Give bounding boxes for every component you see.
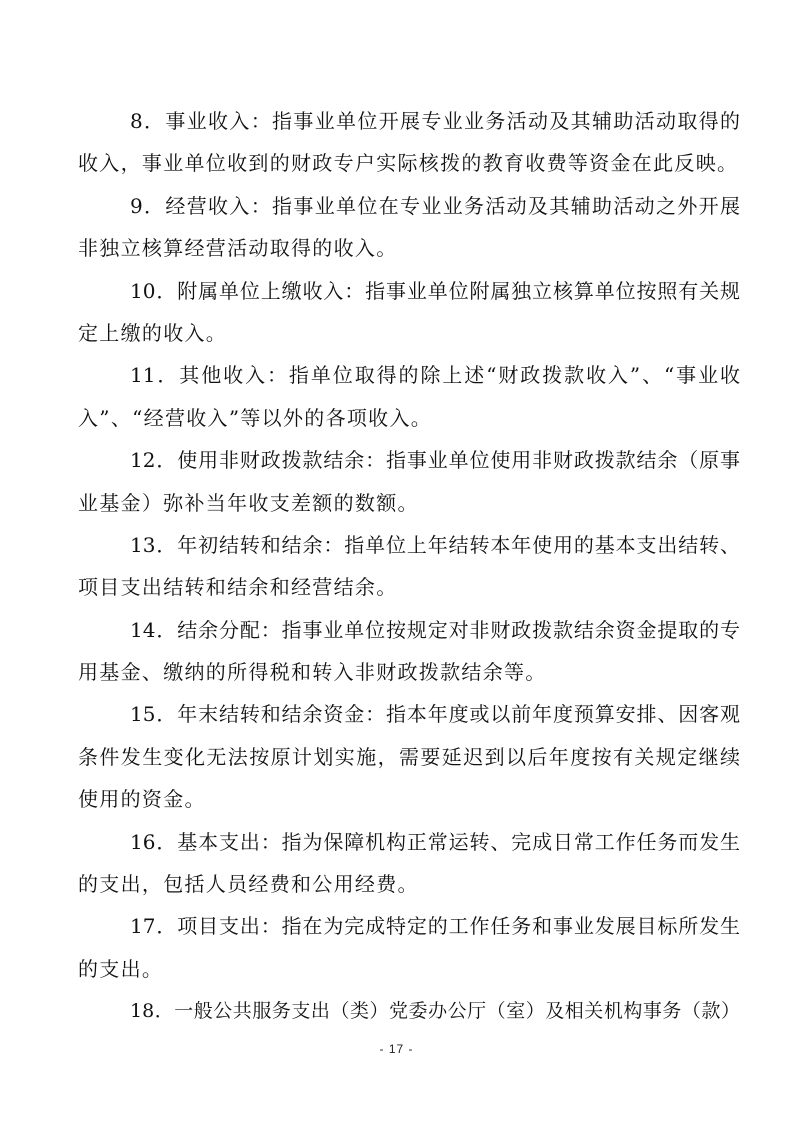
paragraph-line: 的支出。 [78,948,740,990]
paragraph-9: 9．经营收入：指事业单位在专业业务活动及其辅助活动之外开展 非独立核算经营活动取… [78,185,740,270]
paragraph-line: 13．年初结转和结余：指单位上年结转本年使用的基本支出结转、 [78,524,740,566]
paragraph-17: 17．项目支出：指在为完成特定的工作任务和事业发展目标所发生 的支出。 [78,905,740,990]
paragraph-18: 18．一般公共服务支出（类）党委办公厅（室）及相关机构事务（款） [78,990,740,1032]
paragraph-line: 的支出，包括人员经费和公用经费。 [78,863,740,905]
page-number: - 17 - [0,1041,793,1057]
paragraph-8: 8．事业收入：指事业单位开展专业业务活动及其辅助活动取得的 收入，事业单位收到的… [78,100,740,185]
paragraph-15: 15．年末结转和结余资金：指本年度或以前年度预算安排、因客观 条件发生变化无法按… [78,693,740,820]
paragraph-line: 使用的资金。 [78,778,740,820]
document-page: 8．事业收入：指事业单位开展专业业务活动及其辅助活动取得的 收入，事业单位收到的… [0,0,793,1122]
paragraph-line: 16．基本支出：指为保障机构正常运转、完成日常工作任务而发生 [78,821,740,863]
paragraph-line: 9．经营收入：指事业单位在专业业务活动及其辅助活动之外开展 [78,185,740,227]
paragraph-10: 10．附属单位上缴收入：指事业单位附属独立核算单位按照有关规 定上缴的收入。 [78,270,740,355]
paragraph-14: 14．结余分配：指事业单位按规定对非财政拨款结余资金提取的专 用基金、缴纳的所得… [78,609,740,694]
paragraph-11: 11．其他收入：指单位取得的除上述“财政拨款收入”、“事业收 入”、“经营收入”… [78,354,740,439]
paragraph-line: 项目支出结转和结余和经营结余。 [78,566,740,608]
paragraph-line: 10．附属单位上缴收入：指事业单位附属独立核算单位按照有关规 [78,270,740,312]
paragraph-line: 18．一般公共服务支出（类）党委办公厅（室）及相关机构事务（款） [78,990,740,1032]
paragraph-line: 定上缴的收入。 [78,312,740,354]
paragraph-line: 12．使用非财政拨款结余：指事业单位使用非财政拨款结余（原事 [78,439,740,481]
paragraph-12: 12．使用非财政拨款结余：指事业单位使用非财政拨款结余（原事 业基金）弥补当年收… [78,439,740,524]
paragraph-line: 用基金、缴纳的所得税和转入非财政拨款结余等。 [78,651,740,693]
paragraph-16: 16．基本支出：指为保障机构正常运转、完成日常工作任务而发生 的支出，包括人员经… [78,821,740,906]
paragraph-line: 17．项目支出：指在为完成特定的工作任务和事业发展目标所发生 [78,905,740,947]
paragraph-line: 收入，事业单位收到的财政专户实际核拨的教育收费等资金在此反映。 [78,142,740,184]
paragraph-line: 8．事业收入：指事业单位开展专业业务活动及其辅助活动取得的 [78,100,740,142]
paragraph-line: 条件发生变化无法按原计划实施，需要延迟到以后年度按有关规定继续 [78,736,740,778]
paragraph-line: 11．其他收入：指单位取得的除上述“财政拨款收入”、“事业收 [78,354,740,396]
paragraph-line: 15．年末结转和结余资金：指本年度或以前年度预算安排、因客观 [78,693,740,735]
paragraph-13: 13．年初结转和结余：指单位上年结转本年使用的基本支出结转、 项目支出结转和结余… [78,524,740,609]
paragraph-line: 14．结余分配：指事业单位按规定对非财政拨款结余资金提取的专 [78,609,740,651]
paragraph-line: 业基金）弥补当年收支差额的数额。 [78,482,740,524]
body-text: 8．事业收入：指事业单位开展专业业务活动及其辅助活动取得的 收入，事业单位收到的… [78,100,740,1033]
paragraph-line: 非独立核算经营活动取得的收入。 [78,227,740,269]
paragraph-line: 入”、“经营收入”等以外的各项收入。 [78,397,740,439]
